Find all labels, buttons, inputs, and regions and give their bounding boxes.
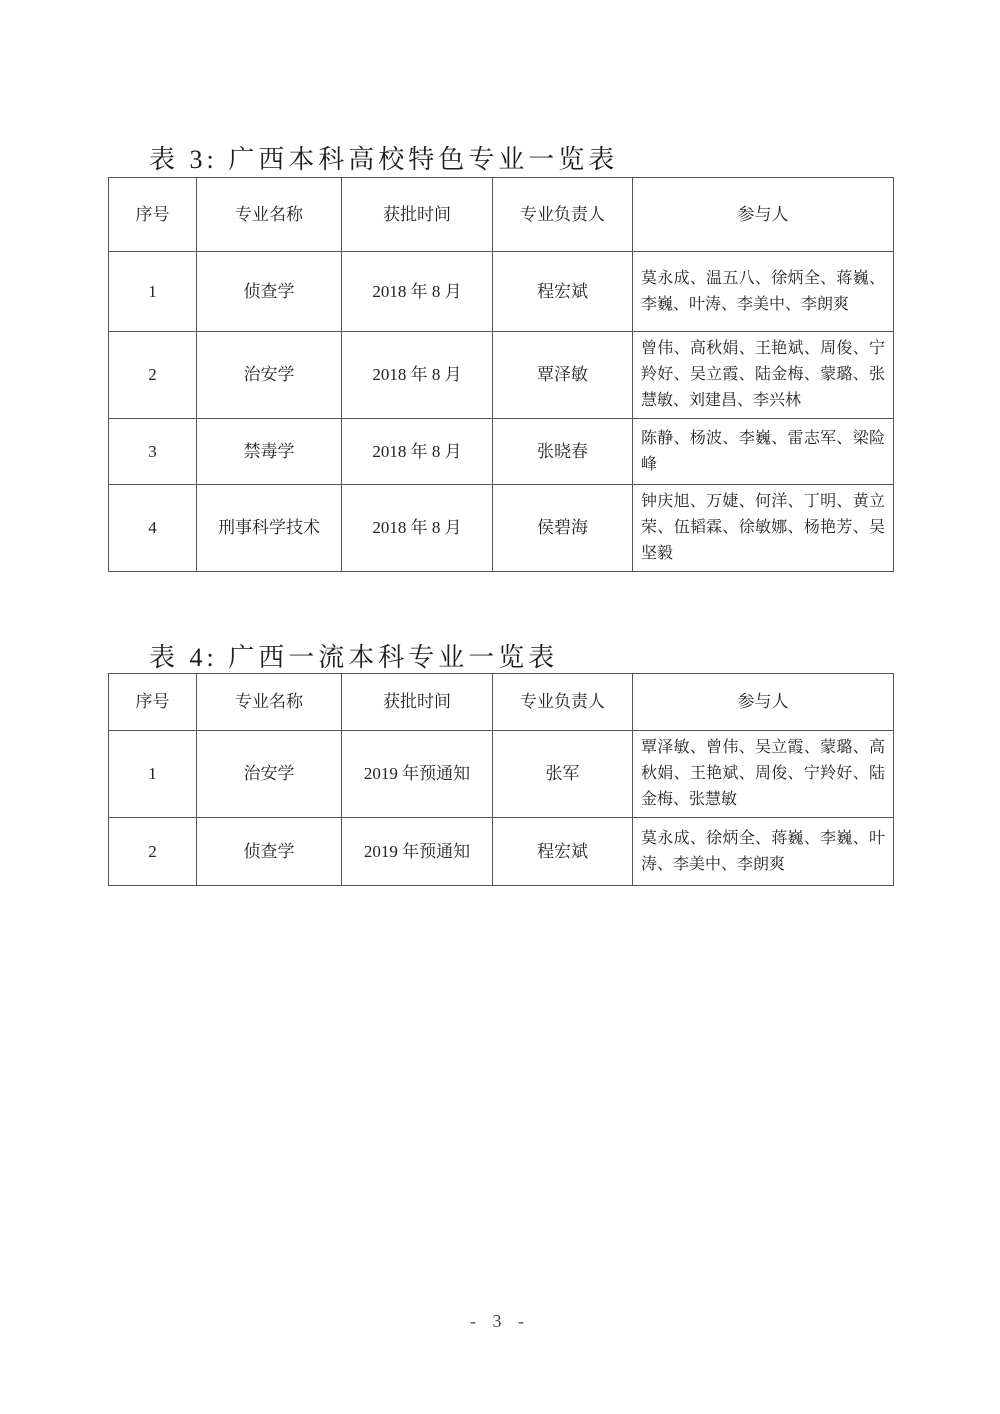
- cell-approval-time: 2018 年 8 月: [342, 252, 493, 332]
- column-header-approval-time: 获批时间: [342, 178, 493, 252]
- cell-index: 3: [109, 419, 197, 485]
- column-header-index: 序号: [109, 178, 197, 252]
- table4-header-row: 序号 专业名称 获批时间 专业负责人 参与人: [109, 674, 894, 731]
- column-header-participants: 参与人: [633, 178, 894, 252]
- cell-major-name: 禁毒学: [197, 419, 342, 485]
- column-header-approval-time: 获批时间: [342, 674, 493, 731]
- table-row: 3 禁毒学 2018 年 8 月 张晓春 陈静、杨波、李巍、雷志军、梁险峰: [109, 419, 894, 485]
- cell-leader: 程宏斌: [493, 818, 633, 886]
- cell-leader: 张晓春: [493, 419, 633, 485]
- table3-title: 表 3: 广西本科高校特色专业一览表: [149, 139, 618, 176]
- cell-major-name: 治安学: [197, 332, 342, 419]
- cell-participants: 陈静、杨波、李巍、雷志军、梁险峰: [633, 419, 894, 485]
- cell-major-name: 侦查学: [197, 252, 342, 332]
- cell-participants: 莫永成、温五八、徐炳全、蒋巍、李巍、叶涛、李美中、李朗爽: [633, 252, 894, 332]
- cell-participants: 覃泽敏、曾伟、吴立霞、蒙璐、高秋娟、王艳斌、周俊、宁羚好、陆金梅、张慧敏: [633, 731, 894, 818]
- cell-leader: 侯碧海: [493, 485, 633, 572]
- cell-approval-time: 2018 年 8 月: [342, 332, 493, 419]
- table-row: 2 治安学 2018 年 8 月 覃泽敏 曾伟、高秋娟、王艳斌、周俊、宁羚好、吴…: [109, 332, 894, 419]
- cell-approval-time: 2018 年 8 月: [342, 485, 493, 572]
- page-number: - 3 -: [0, 1311, 1000, 1332]
- column-header-major-name: 专业名称: [197, 674, 342, 731]
- table3-header-row: 序号 专业名称 获批时间 专业负责人 参与人: [109, 178, 894, 252]
- cell-index: 2: [109, 818, 197, 886]
- cell-index: 1: [109, 731, 197, 818]
- column-header-leader: 专业负责人: [493, 674, 633, 731]
- table3-special-majors: 序号 专业名称 获批时间 专业负责人 参与人 1 侦查学 2018 年 8 月 …: [108, 177, 894, 572]
- cell-leader: 张军: [493, 731, 633, 818]
- table-row: 1 侦查学 2018 年 8 月 程宏斌 莫永成、温五八、徐炳全、蒋巍、李巍、叶…: [109, 252, 894, 332]
- table4-title: 表 4: 广西一流本科专业一览表: [149, 637, 558, 674]
- column-header-major-name: 专业名称: [197, 178, 342, 252]
- cell-index: 1: [109, 252, 197, 332]
- table-row: 4 刑事科学技术 2018 年 8 月 侯碧海 钟庆旭、万婕、何洋、丁明、黄立荣…: [109, 485, 894, 572]
- table-row: 1 治安学 2019 年预通知 张军 覃泽敏、曾伟、吴立霞、蒙璐、高秋娟、王艳斌…: [109, 731, 894, 818]
- cell-index: 2: [109, 332, 197, 419]
- cell-participants: 钟庆旭、万婕、何洋、丁明、黄立荣、伍韬霖、徐敏娜、杨艳芳、吴坚毅: [633, 485, 894, 572]
- column-header-leader: 专业负责人: [493, 178, 633, 252]
- cell-major-name: 治安学: [197, 731, 342, 818]
- cell-approval-time: 2018 年 8 月: [342, 419, 493, 485]
- cell-participants: 曾伟、高秋娟、王艳斌、周俊、宁羚好、吴立霞、陆金梅、蒙璐、张慧敏、刘建昌、李兴林: [633, 332, 894, 419]
- cell-participants: 莫永成、徐炳全、蒋巍、李巍、叶涛、李美中、李朗爽: [633, 818, 894, 886]
- cell-major-name: 刑事科学技术: [197, 485, 342, 572]
- cell-leader: 覃泽敏: [493, 332, 633, 419]
- cell-approval-time: 2019 年预通知: [342, 818, 493, 886]
- column-header-participants: 参与人: [633, 674, 894, 731]
- table-row: 2 侦查学 2019 年预通知 程宏斌 莫永成、徐炳全、蒋巍、李巍、叶涛、李美中…: [109, 818, 894, 886]
- cell-leader: 程宏斌: [493, 252, 633, 332]
- column-header-index: 序号: [109, 674, 197, 731]
- table4-first-class-majors: 序号 专业名称 获批时间 专业负责人 参与人 1 治安学 2019 年预通知 张…: [108, 673, 894, 886]
- document-page: 表 3: 广西本科高校特色专业一览表 序号 专业名称 获批时间 专业负责人 参与…: [0, 0, 1000, 1414]
- cell-major-name: 侦查学: [197, 818, 342, 886]
- cell-approval-time: 2019 年预通知: [342, 731, 493, 818]
- cell-index: 4: [109, 485, 197, 572]
